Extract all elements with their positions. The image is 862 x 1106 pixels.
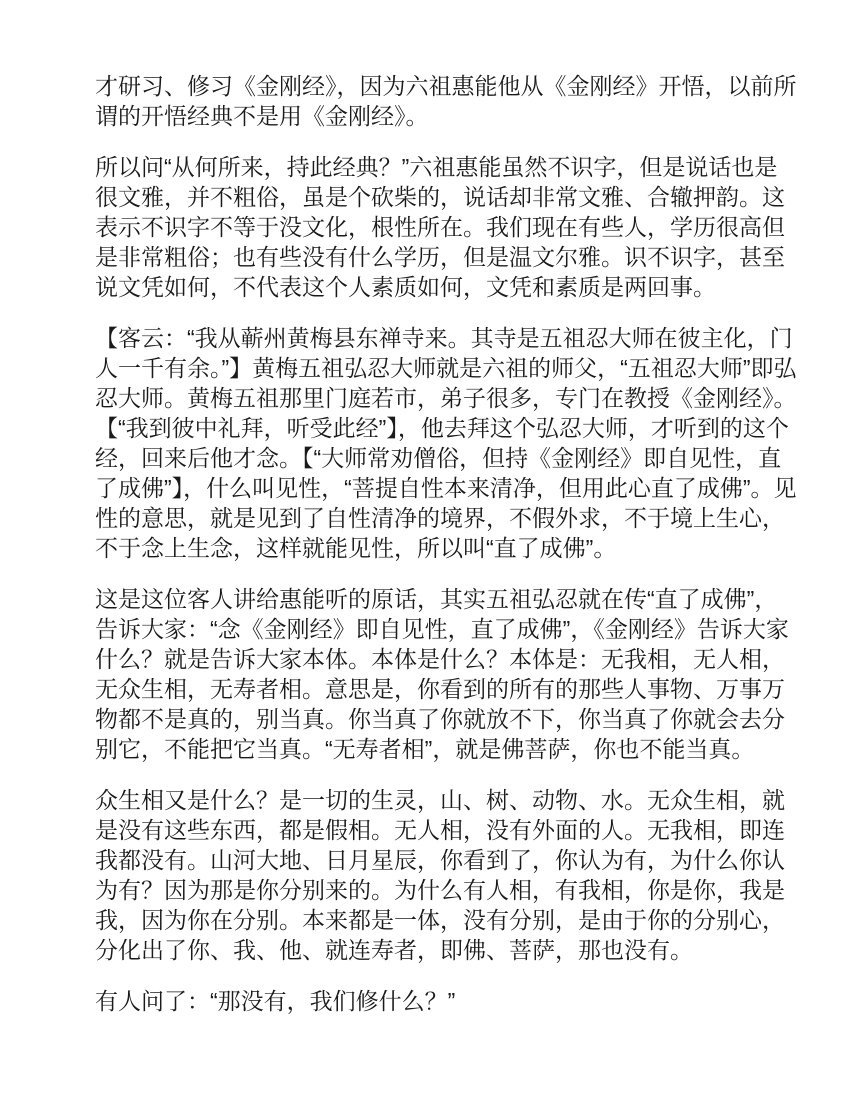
paragraph-4: 这是这位客人讲给惠能听的原话，其实五祖弘忍就在传“直了成佛”，告诉大家：“念《金… xyxy=(95,584,797,764)
paragraph-2: 所以问“从何所来，持此经典？”六祖惠能虽然不识字，但是说话也是很文雅，并不粗俗，… xyxy=(95,152,797,302)
paragraph-5: 众生相又是什么？是一切的生灵，山、树、动物、水。无众生相，就是没有这些东西，都是… xyxy=(95,785,797,965)
paragraph-3: 【客云：“我从蕲州黄梅县东禅寺来。其寺是五祖忍大师在彼主化，门人一千有余。”】黄… xyxy=(95,323,797,563)
document-body: 才研习、修习《金刚经》，因为六祖惠能他从《金刚经》开悟，以前所谓的开悟经典不是用… xyxy=(95,71,797,1016)
document-page: 才研习、修习《金刚经》，因为六祖惠能他从《金刚经》开悟，以前所谓的开悟经典不是用… xyxy=(0,0,862,1106)
paragraph-6: 有人问了：“那没有，我们修什么？” xyxy=(95,986,797,1016)
paragraph-1: 才研习、修习《金刚经》，因为六祖惠能他从《金刚经》开悟，以前所谓的开悟经典不是用… xyxy=(95,71,797,131)
